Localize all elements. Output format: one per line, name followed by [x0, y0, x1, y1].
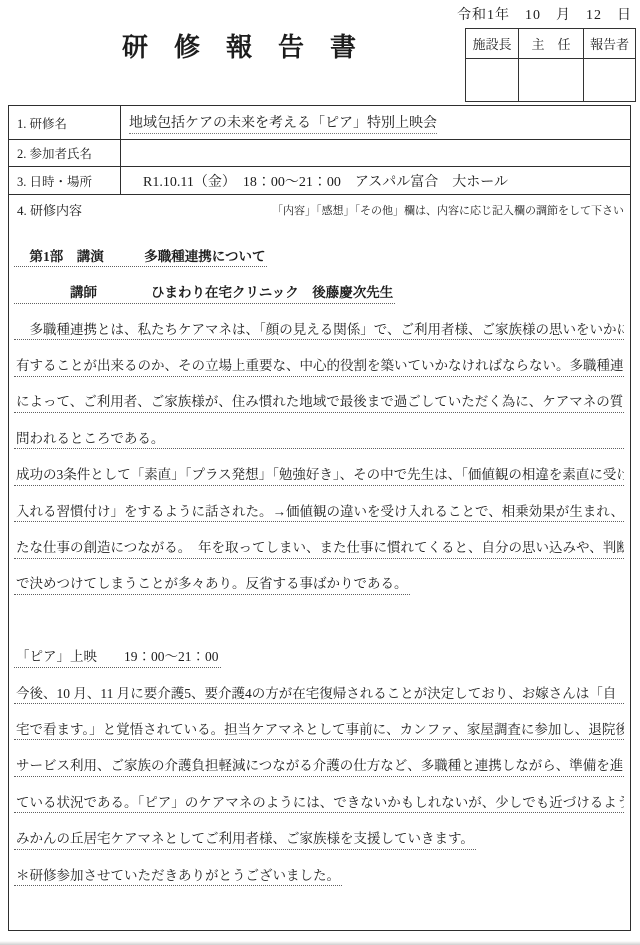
report-line-text: 多職種連携とは、私たちケアマネは、「顔の見える関係」で、ご利用者様、ご家族様の思… — [14, 322, 624, 341]
report-line: 「ピア」上映 19：00～21：00 — [14, 631, 624, 667]
report-line: 宅で看ます。」と覚悟されている。担当ケアマネとして事前に、カンファ、家屋調査に参… — [14, 704, 624, 740]
training-name-text: 地域包括ケアの未来を考える「ピア」特別上映会 — [129, 112, 437, 134]
approval-header: 主 任 — [519, 29, 583, 59]
report-line-text: 成功の3条件として「素直」「プラス発想」「勉強好き」、その中で先生は、「価値観の… — [14, 467, 624, 486]
row-training-name: 1. 研修名 地域包括ケアの未来を考える「ピア」特別上映会 — [9, 106, 630, 140]
report-line-text: サービス利用、ご家族の介護負担軽減につながる介護の仕方など、多職種と連携しながら… — [14, 758, 624, 777]
approval-col-reporter: 報告者 — [584, 29, 635, 101]
report-line-text: ＊研修参加させていただきありがとうございました。 — [14, 868, 342, 887]
report-line-text: 宅で看ます。」と覚悟されている。担当ケアマネとして事前に、カンファ、家屋調査に参… — [14, 722, 624, 741]
report-line: 成功の3条件として「素直」「プラス発想」「勉強好き」、その中で先生は、「価値観の… — [14, 449, 624, 485]
report-line: ＊研修参加させていただきありがとうございました。 — [14, 850, 624, 886]
report-line-text: 問われるところである。 — [14, 431, 624, 450]
page-title: 研 修 報 告 書 — [122, 27, 356, 64]
report-line: 多職種連携とは、私たちケアマネは、「顔の見える関係」で、ご利用者様、ご家族様の思… — [14, 304, 624, 340]
report-line-text — [14, 629, 18, 631]
report-line-text: で決めつけてしまうことが多々あり。反省する事ばかりである。 — [14, 576, 410, 595]
report-form-table: 1. 研修名 地域包括ケアの未来を考える「ピア」特別上映会 2. 参加者氏名 3… — [8, 105, 631, 931]
report-line: 有することが出来るのか、その立場上重要な、中心的役割を築いていかなければならない… — [14, 340, 624, 376]
row-datetime-place: 3. 日時・場所 R1.10.11（金） 18：00～21：00 アスパル富合 … — [9, 167, 630, 195]
report-line: 問われるところである。 — [14, 413, 624, 449]
report-line: で決めつけてしまうことが多々あり。反省する事ばかりである。 — [14, 559, 624, 595]
row-participants-value — [121, 140, 630, 166]
row-participants-label: 2. 参加者氏名 — [9, 140, 121, 166]
report-line: たな仕事の創造につながる。 年を取ってしまい、また仕事に慣れてくると、自分の思い… — [14, 522, 624, 558]
row-participants: 2. 参加者氏名 — [9, 140, 630, 167]
row-training-name-label: 1. 研修名 — [9, 106, 121, 139]
approval-col-facility-head: 施設長 — [466, 29, 519, 101]
approval-header: 施設長 — [466, 29, 518, 59]
report-line: 今後、10 月、11 月に要介護5、要介護4の方が在宅復帰されることが決定してお… — [14, 668, 624, 704]
section4-note: 「内容」「感想」「その他」欄は、内容に応じ記入欄の調節をして下さい — [272, 200, 624, 218]
report-line-text: 入れる習慣付け」をするように話された。→価値観の違いを受け入れることで、相乗効果… — [14, 504, 624, 523]
report-line-text: みかんの丘居宅ケアマネとしてご利用者様、ご家族様を支援していきます。 — [14, 831, 476, 850]
report-line-text: 「ピア」上映 19：00～21：00 — [14, 649, 221, 668]
report-body-lines: 第1部 講演 多職種連携について 講師 ひまわり在宅クリニック 後藤慶次先生 多… — [14, 231, 624, 886]
approval-col-chief: 主 任 — [519, 29, 584, 101]
row-datetime-place-value: R1.10.11（金） 18：00～21：00 アスパル富合 大ホール — [121, 167, 630, 194]
approval-stamp-cell — [584, 59, 635, 101]
report-line-text: 今後、10 月、11 月に要介護5、要介護4の方が在宅復帰されることが決定してお… — [14, 686, 624, 705]
report-line: によって、ご利用者、ご家族様が、住み慣れた地域で最後まで過ごしていただく為に、ケ… — [14, 377, 624, 413]
report-line-text: たな仕事の創造につながる。 年を取ってしまい、また仕事に慣れてくると、自分の思い… — [14, 540, 624, 559]
section4-header: 4. 研修内容 「内容」「感想」「その他」欄は、内容に応じ記入欄の調節をして下さ… — [9, 195, 630, 219]
scan-edge — [0, 941, 640, 945]
blank-line — [14, 595, 624, 631]
approval-header: 報告者 — [584, 29, 635, 59]
report-line-text: ている状況である。「ピア」のケアマネのようには、できないかもしれないが、少しでも… — [14, 795, 624, 814]
approval-stamp-cell — [519, 59, 583, 101]
section-training-content: 4. 研修内容 「内容」「感想」「その他」欄は、内容に応じ記入欄の調節をして下さ… — [9, 195, 630, 931]
report-line: 入れる習慣付け」をするように話された。→価値観の違いを受け入れることで、相乗効果… — [14, 486, 624, 522]
report-line-text: 有することが出来るのか、その立場上重要な、中心的役割を築いていかなければならない… — [14, 358, 624, 377]
report-line-text: 第1部 講演 多職種連携について — [14, 249, 267, 268]
report-date: 令和1年 10 月 12 日 — [457, 4, 632, 24]
row-datetime-place-label: 3. 日時・場所 — [9, 167, 121, 194]
row-training-name-value: 地域包括ケアの未来を考える「ピア」特別上映会 — [121, 106, 630, 139]
report-line: みかんの丘居宅ケアマネとしてご利用者様、ご家族様を支援していきます。 — [14, 813, 624, 849]
report-line: ている状況である。「ピア」のケアマネのようには、できないかもしれないが、少しでも… — [14, 777, 624, 813]
report-line: 講師 ひまわり在宅クリニック 後藤慶次先生 — [14, 267, 624, 303]
report-line: サービス利用、ご家族の介護負担軽減につながる介護の仕方など、多職種と連携しながら… — [14, 740, 624, 776]
approval-stamp-table: 施設長 主 任 報告者 — [465, 28, 636, 102]
report-line-text: 講師 ひまわり在宅クリニック 後藤慶次先生 — [14, 285, 395, 304]
training-report-page: 令和1年 10 月 12 日 研 修 報 告 書 施設長 主 任 報告者 1. … — [0, 0, 640, 945]
approval-stamp-cell — [466, 59, 518, 101]
report-line: 第1部 講演 多職種連携について — [14, 231, 624, 267]
report-line-text: によって、ご利用者、ご家族様が、住み慣れた地域で最後まで過ごしていただく為に、ケ… — [14, 394, 624, 413]
section4-label: 4. 研修内容 — [17, 200, 82, 219]
